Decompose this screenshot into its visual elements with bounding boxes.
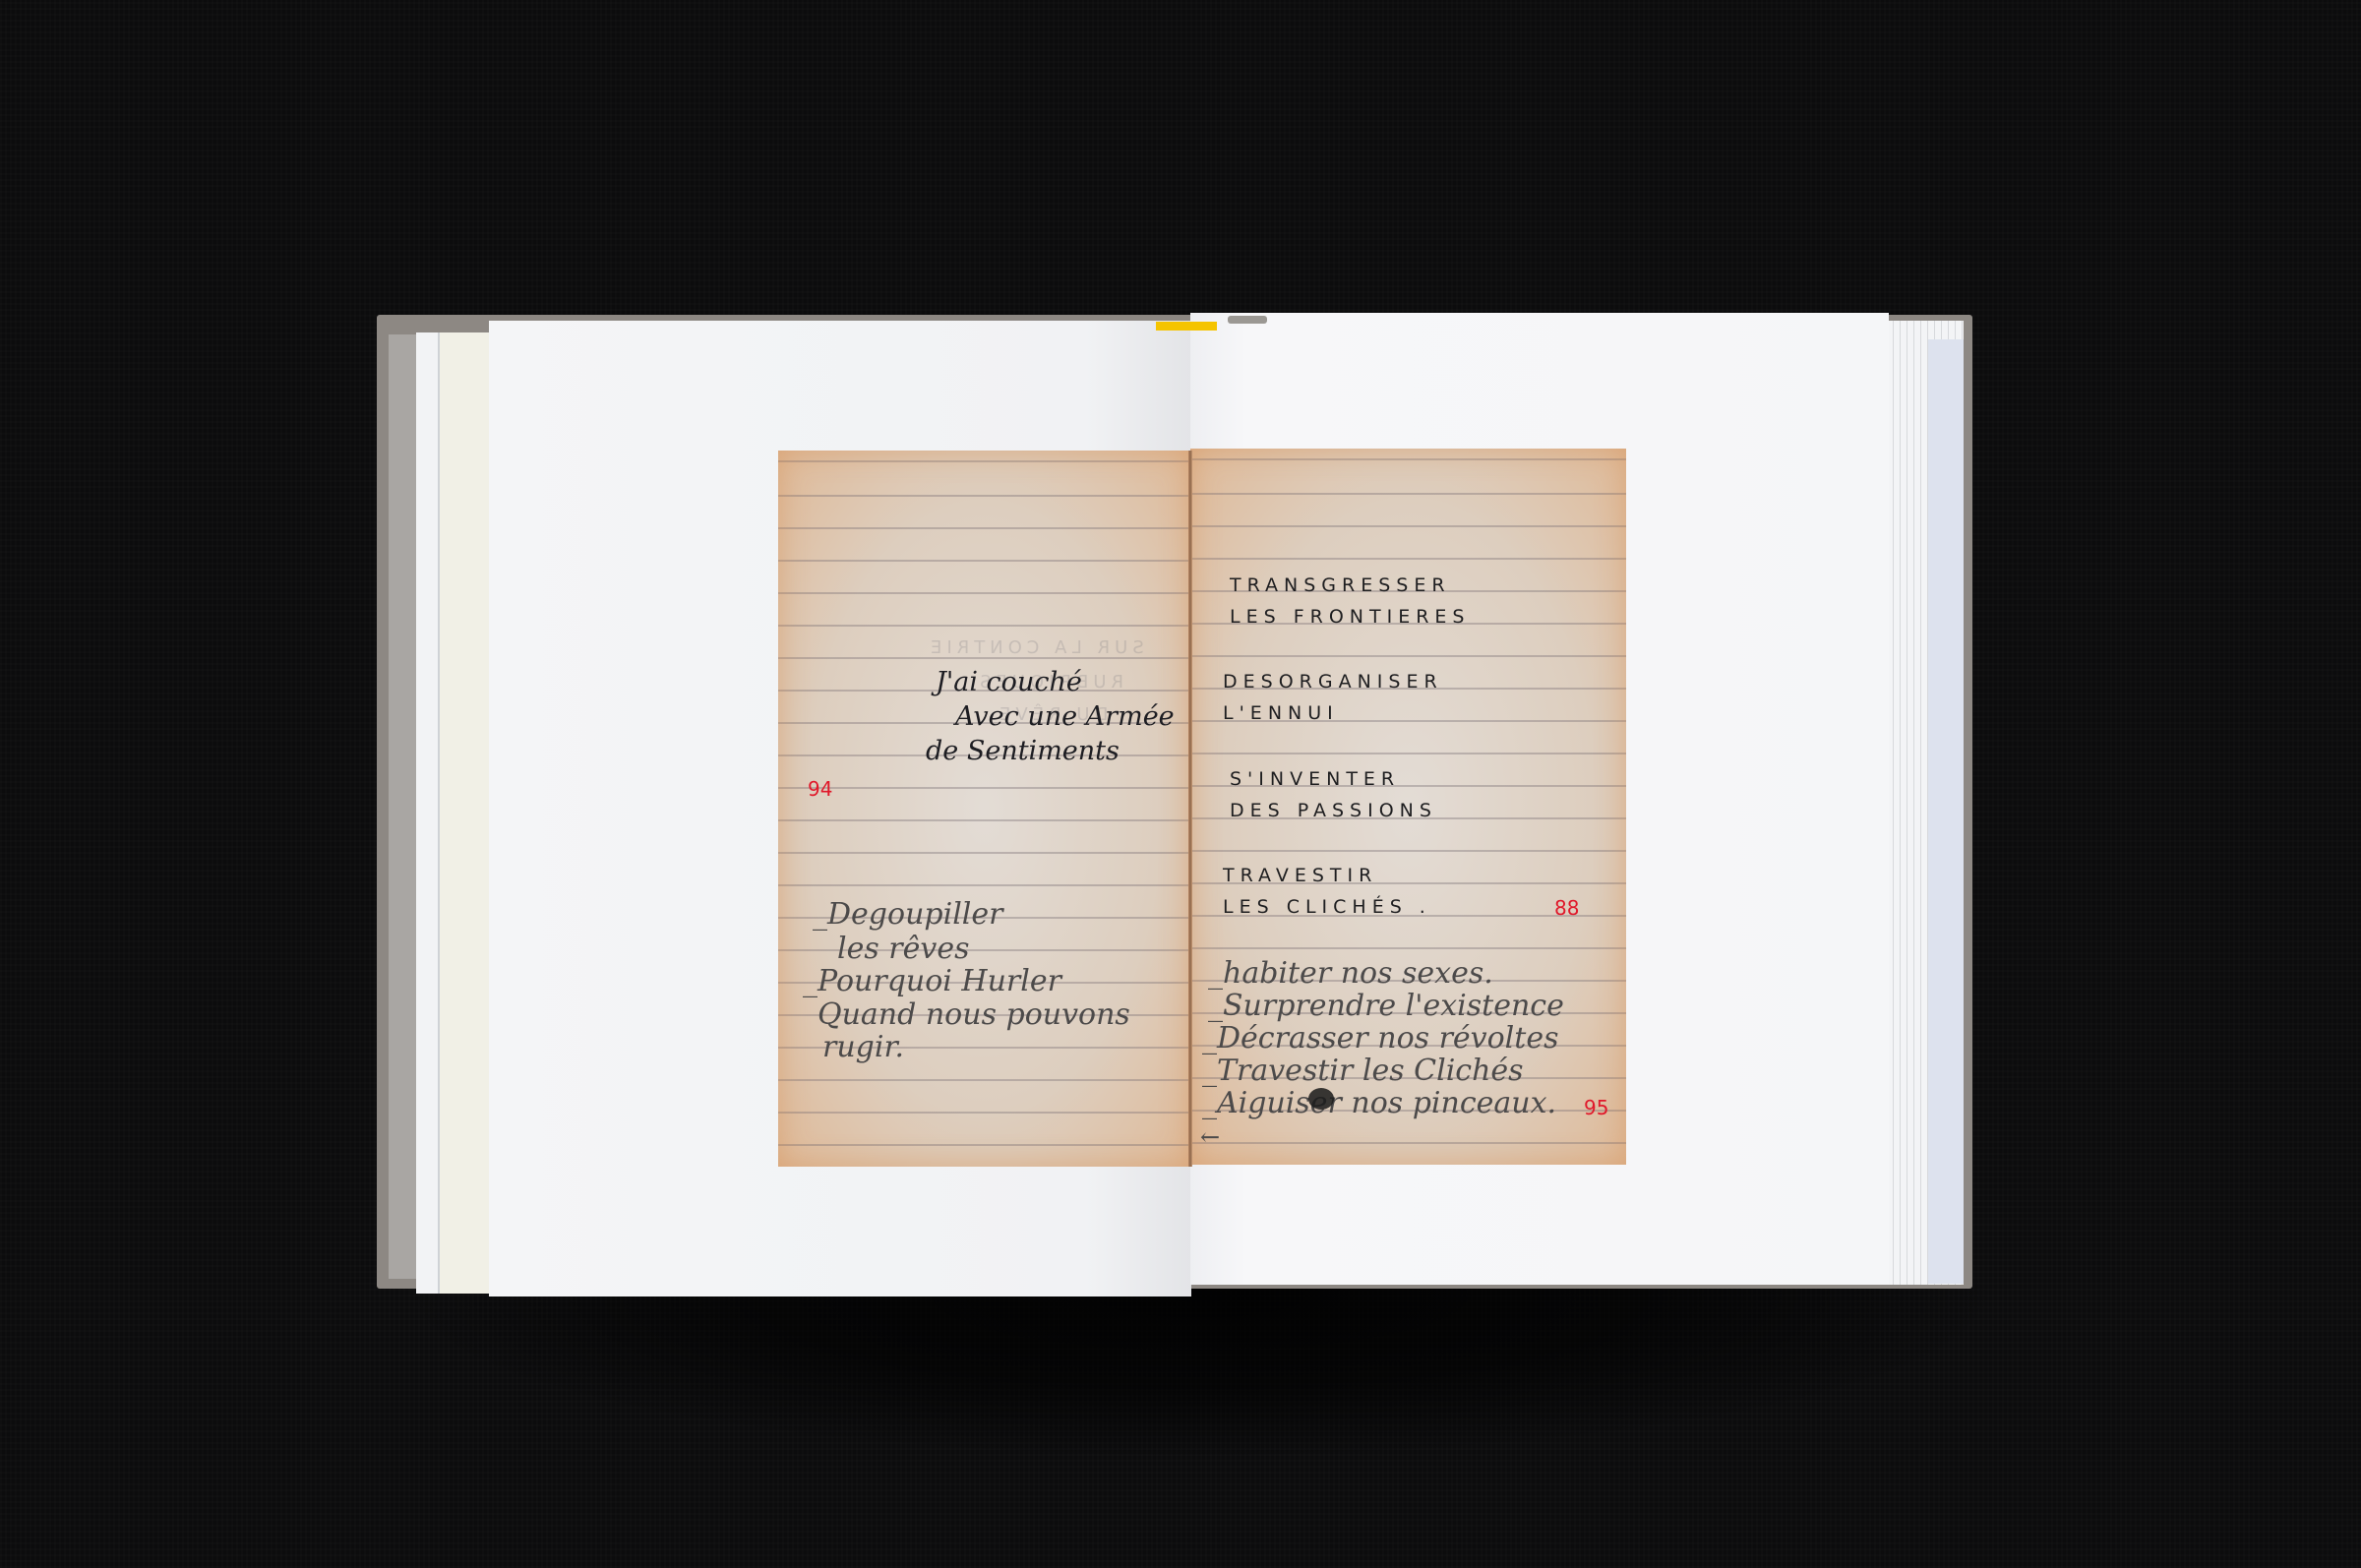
caps-line: S'INVENTER xyxy=(1230,768,1400,790)
page-number: 88 xyxy=(1554,896,1579,920)
list-line: _Travestir les Clichés xyxy=(1202,1055,1524,1087)
caps-line: LES CLICHÉS . xyxy=(1223,896,1431,918)
list-line: _Surprendre l'existence xyxy=(1208,990,1564,1022)
notebook-photo: SUR LA CONTRIE RUBRIQUES DU RÊVE J'ai co… xyxy=(778,451,1630,1167)
caps-line: L'ENNUI xyxy=(1223,702,1339,724)
headband xyxy=(1228,316,1267,324)
list-line: _Décrasser nos révoltes xyxy=(1202,1022,1558,1055)
ribbon-bookmark xyxy=(1156,322,1217,331)
book-shadow xyxy=(413,1279,1987,1456)
list-line: Quand nous pouvons xyxy=(817,998,1130,1031)
list-line: rugir. xyxy=(822,1031,904,1063)
ghost-text: SUR LA CONTRIE xyxy=(926,637,1144,658)
caps-line: DES PASSIONS xyxy=(1230,800,1437,821)
notebook-left-page: SUR LA CONTRIE RUBRIQUES DU RÊVE J'ai co… xyxy=(778,451,1190,1167)
right-endpaper xyxy=(1928,339,1964,1284)
page-number: 94 xyxy=(808,777,832,801)
arrow-mark: ← xyxy=(1200,1121,1220,1154)
poem-line: de Sentiments xyxy=(926,736,1120,766)
list-line: les rêves xyxy=(837,933,969,965)
list-line: _Pourquoi Hurler xyxy=(803,965,1061,997)
caps-line: DESORGANISER xyxy=(1223,671,1443,693)
ink-blot xyxy=(1308,1088,1334,1110)
caps-line: TRAVESTIR xyxy=(1223,865,1377,886)
caps-line: TRANSGRESSER xyxy=(1230,574,1451,596)
notebook-gutter xyxy=(1188,451,1192,1167)
left-page-stack xyxy=(416,332,490,1294)
caps-line: LES FRONTIERES xyxy=(1230,606,1470,628)
notebook-right-page: TRANSGRESSER LES FRONTIERES DESORGANISER… xyxy=(1190,449,1626,1165)
poem-line: J'ai couché xyxy=(936,667,1082,697)
list-line: _Degoupiller xyxy=(813,898,1002,931)
list-line: _Aiguiser nos pinceaux. xyxy=(1202,1087,1556,1119)
page-number: 95 xyxy=(1584,1096,1608,1119)
list-line: _habiter nos sexes. xyxy=(1208,957,1493,990)
poem-line: Avec une Armée xyxy=(955,701,1175,732)
